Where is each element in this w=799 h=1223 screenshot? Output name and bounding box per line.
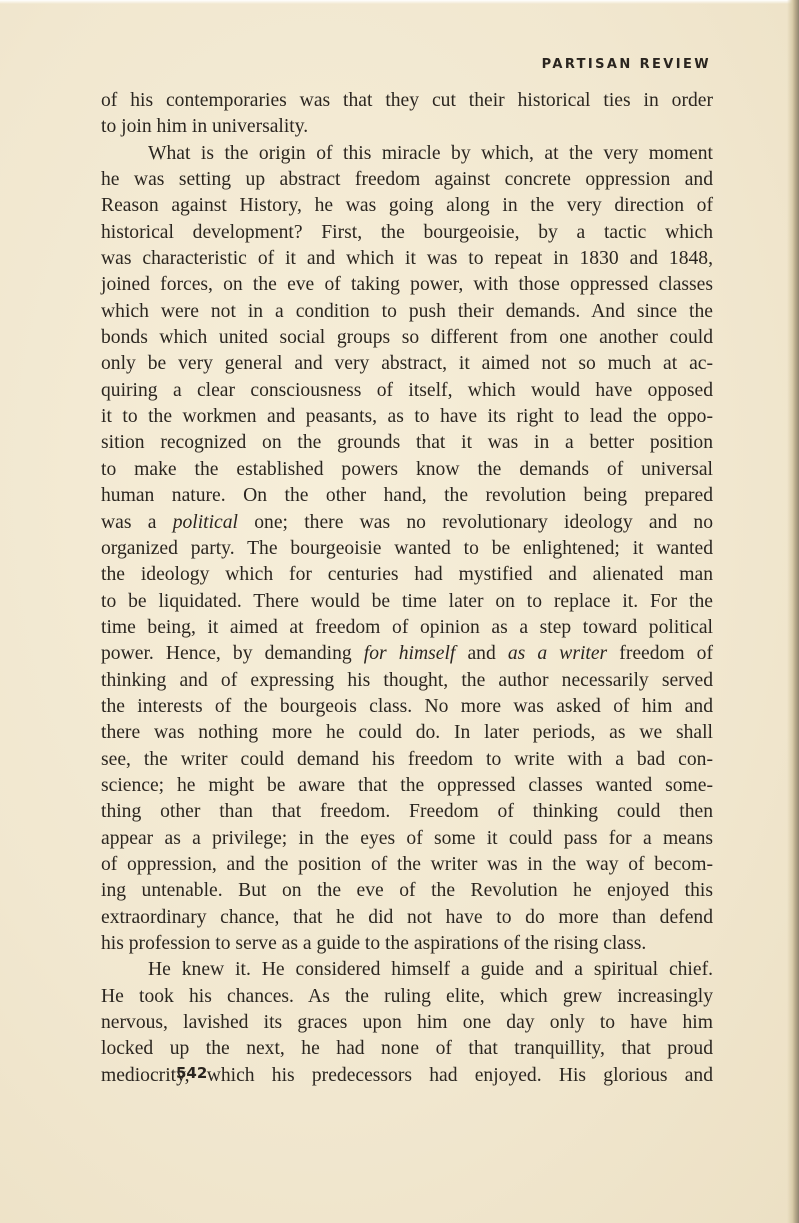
text-line: locked up the next, he had none of that …	[101, 1036, 713, 1062]
line-text: time being, it aimed at freedom of opini…	[101, 617, 713, 638]
line-text: appear as a privilege; in the eyes of so…	[101, 828, 713, 849]
text-line: He knew it. He considered himself a guid…	[101, 957, 713, 983]
line-text: thinking and of expressing his thought, …	[101, 670, 713, 691]
line-text: nervous, lavished its graces upon him on…	[101, 1012, 713, 1033]
line-text: of his contemporaries was that they cut …	[101, 90, 713, 111]
line-text: it to the workmen and peasants, as to ha…	[101, 406, 713, 427]
text-line: to make the established powers know the …	[101, 457, 713, 483]
line-text: ing untenable. But on the eve of the Rev…	[101, 880, 713, 901]
line-text: one; there was no revolutionary ideology…	[238, 512, 713, 533]
line-text: thing other than that freedom. Freedom o…	[101, 801, 713, 822]
line-text: he was setting up abstract freedom again…	[101, 169, 713, 190]
text-line: power. Hence, by demanding for himself a…	[101, 641, 713, 667]
line-text: to make the established powers know the …	[101, 459, 713, 480]
line-text: which were not in a condition to push th…	[101, 301, 713, 322]
line-text: and	[455, 643, 508, 664]
text-line: there was nothing more he could do. In l…	[101, 720, 713, 746]
text-line: he was setting up abstract freedom again…	[101, 167, 713, 193]
line-text: to be liquidated. There would be time la…	[101, 591, 713, 612]
line-text: quiring a clear consciousness of itself,…	[101, 380, 713, 401]
line-text: his profession to serve as a guide to th…	[101, 933, 646, 954]
line-text: human nature. On the other hand, the rev…	[101, 485, 713, 506]
page-right-edge	[787, 0, 799, 1223]
text-line: organized party. The bourgeoisie wanted …	[101, 536, 713, 562]
text-line: science; he might be aware that the oppr…	[101, 773, 713, 799]
line-text: Reason against History, he was going alo…	[101, 195, 713, 216]
line-text: only be very general and very abstract, …	[101, 353, 713, 374]
text-line: it to the workmen and peasants, as to ha…	[101, 404, 713, 430]
page: PARTISAN REVIEW of his contemporaries wa…	[0, 0, 799, 1223]
text-line: ing untenable. But on the eve of the Rev…	[101, 878, 713, 904]
text-line: thing other than that freedom. Freedom o…	[101, 799, 713, 825]
text-line: What is the origin of this miracle by wh…	[101, 141, 713, 167]
text-line: of his contemporaries was that they cut …	[101, 88, 713, 114]
italic-text: political	[173, 512, 238, 533]
line-text: was characteristic of it and which it wa…	[101, 248, 713, 269]
line-text: to join him in universality.	[101, 116, 308, 137]
line-text: power. Hence, by demanding	[101, 643, 364, 664]
text-line: the interests of the bourgeois class. No…	[101, 694, 713, 720]
line-text: historical development? First, the bourg…	[101, 222, 713, 243]
line-text: of oppression, and the position of the w…	[101, 854, 713, 875]
text-line: human nature. On the other hand, the rev…	[101, 483, 713, 509]
line-text: freedom of	[607, 643, 713, 664]
text-line: thinking and of expressing his thought, …	[101, 668, 713, 694]
line-text: see, the writer could demand his freedom…	[101, 749, 713, 770]
page-top-edge	[0, 0, 799, 4]
text-line: extraordinary chance, that he did not ha…	[101, 905, 713, 931]
line-text: He took his chances. As the ruling elite…	[101, 986, 713, 1007]
text-line: to join him in universality.	[101, 114, 713, 140]
line-text: there was nothing more he could do. In l…	[101, 722, 713, 743]
text-line: time being, it aimed at freedom of opini…	[101, 615, 713, 641]
text-line: only be very general and very abstract, …	[101, 351, 713, 377]
line-text: the ideology which for centuries had mys…	[101, 564, 713, 585]
line-text: was a	[101, 512, 173, 533]
text-line: quiring a clear consciousness of itself,…	[101, 378, 713, 404]
text-line: his profession to serve as a guide to th…	[101, 931, 713, 957]
line-text: He knew it. He considered himself a guid…	[148, 959, 713, 980]
text-line: appear as a privilege; in the eyes of so…	[101, 826, 713, 852]
line-text: extraordinary chance, that he did not ha…	[101, 907, 713, 928]
line-text: the interests of the bourgeois class. No…	[101, 696, 713, 717]
line-text: science; he might be aware that the oppr…	[101, 775, 713, 796]
page-number: 542	[176, 1064, 207, 1082]
text-line: which were not in a condition to push th…	[101, 299, 713, 325]
text-line: see, the writer could demand his freedom…	[101, 747, 713, 773]
text-line: nervous, lavished its graces upon him on…	[101, 1010, 713, 1036]
line-text: sition recognized on the grounds that it…	[101, 432, 713, 453]
line-text: locked up the next, he had none of that …	[101, 1038, 713, 1059]
text-line: sition recognized on the grounds that it…	[101, 430, 713, 456]
text-line: Reason against History, he was going alo…	[101, 193, 713, 219]
italic-text: for himself	[364, 643, 456, 664]
line-text: bonds which united social groups so diff…	[101, 327, 713, 348]
text-line: historical development? First, the bourg…	[101, 220, 713, 246]
line-text: What is the origin of this miracle by wh…	[148, 143, 713, 164]
line-text: organized party. The bourgeoisie wanted …	[101, 538, 713, 559]
italic-text: as a writer	[508, 643, 607, 664]
text-line: to be liquidated. There would be time la…	[101, 589, 713, 615]
text-line: was characteristic of it and which it wa…	[101, 246, 713, 272]
text-line: joined forces, on the eve of taking powe…	[101, 272, 713, 298]
text-line: the ideology which for centuries had mys…	[101, 562, 713, 588]
text-line: was a political one; there was no revolu…	[101, 510, 713, 536]
line-text: joined forces, on the eve of taking powe…	[101, 274, 713, 295]
body-text: of his contemporaries was that they cut …	[101, 88, 713, 1089]
text-line: bonds which united social groups so diff…	[101, 325, 713, 351]
text-line: of oppression, and the position of the w…	[101, 852, 713, 878]
text-line: He took his chances. As the ruling elite…	[101, 984, 713, 1010]
running-head: PARTISAN REVIEW	[542, 57, 711, 72]
